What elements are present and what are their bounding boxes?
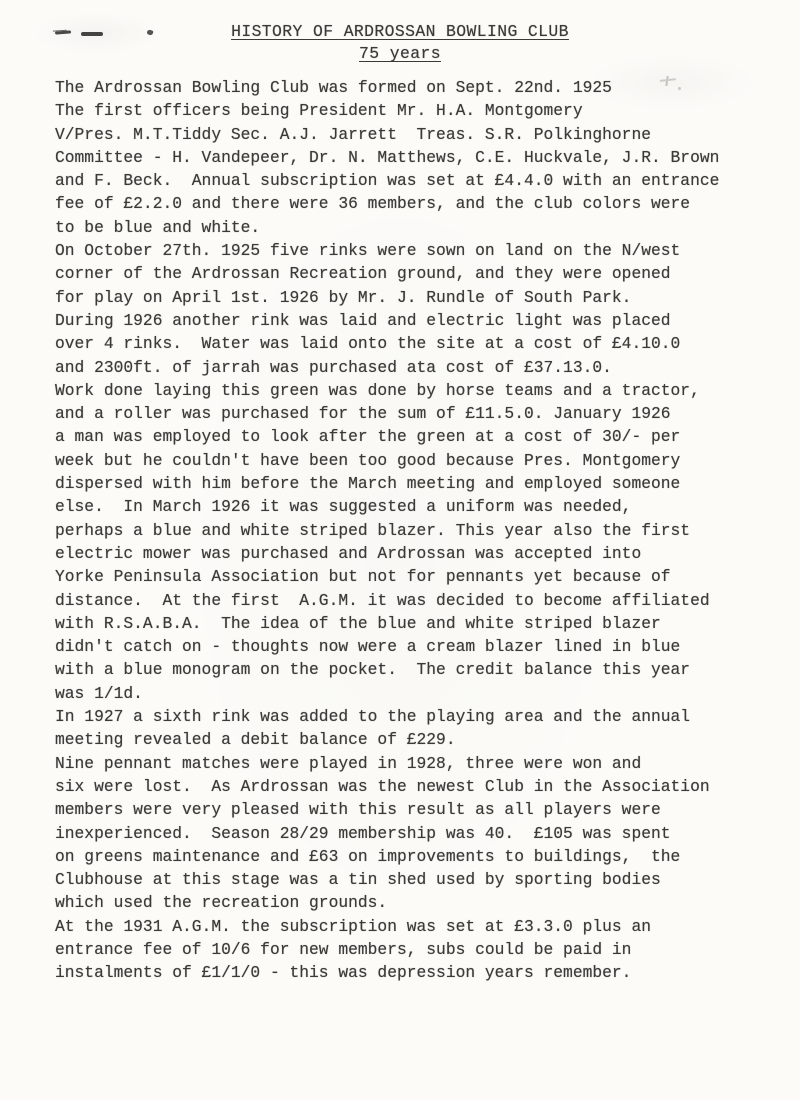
text-line: over 4 rinks. Water was laid onto the si… bbox=[55, 332, 765, 355]
text-line: Committee - H. Vandepeer, Dr. N. Matthew… bbox=[55, 146, 765, 169]
text-line: fee of £2.2.0 and there were 36 members,… bbox=[55, 192, 765, 215]
text-line: to be blue and white. bbox=[55, 216, 765, 239]
text-line: inexperienced. Season 28/29 membership w… bbox=[55, 822, 765, 845]
text-line: and F. Beck. Annual subscription was set… bbox=[55, 169, 765, 192]
document-page: HISTORY OF ARDROSSAN BOWLING CLUB 75 yea… bbox=[0, 0, 800, 1100]
text-line: was 1/1d. bbox=[55, 682, 765, 705]
document-body: The Ardrossan Bowling Club was formed on… bbox=[55, 76, 765, 985]
text-line: distance. At the first A.G.M. it was dec… bbox=[55, 589, 765, 612]
text-line: The first officers being President Mr. H… bbox=[55, 99, 765, 122]
text-line: At the 1931 A.G.M. the subscription was … bbox=[55, 915, 765, 938]
text-line: and a roller was purchased for the sum o… bbox=[55, 402, 765, 425]
text-line: instalments of £1/1/0 - this was depress… bbox=[55, 961, 765, 984]
text-line: six were lost. As Ardrossan was the newe… bbox=[55, 775, 765, 798]
text-line: meeting revealed a debit balance of £229… bbox=[55, 728, 765, 751]
text-line: On October 27th. 1925 five rinks were so… bbox=[55, 239, 765, 262]
text-line: members were very pleased with this resu… bbox=[55, 798, 765, 821]
text-line: didn't catch on - thoughts now were a cr… bbox=[55, 635, 765, 658]
text-line: electric mower was purchased and Ardross… bbox=[55, 542, 765, 565]
text-line: The Ardrossan Bowling Club was formed on… bbox=[55, 76, 765, 99]
text-line: entrance fee of 10/6 for new members, su… bbox=[55, 938, 765, 961]
page-subtitle: 75 years bbox=[359, 44, 441, 63]
text-line: During 1926 another rink was laid and el… bbox=[55, 309, 765, 332]
text-line: dispersed with him before the March meet… bbox=[55, 472, 765, 495]
text-line: perhaps a blue and white striped blazer.… bbox=[55, 519, 765, 542]
text-line: a man was employed to look after the gre… bbox=[55, 425, 765, 448]
text-line: Clubhouse at this stage was a tin shed u… bbox=[55, 868, 765, 891]
text-line: with a blue monogram on the pocket. The … bbox=[55, 658, 765, 681]
text-line: on greens maintenance and £63 on improve… bbox=[55, 845, 765, 868]
text-line: else. In March 1926 it was suggested a u… bbox=[55, 495, 765, 518]
text-line: and 2300ft. of jarrah was purchased ata … bbox=[55, 356, 765, 379]
text-line: Work done laying this green was done by … bbox=[55, 379, 765, 402]
text-line: Nine pennant matches were played in 1928… bbox=[55, 752, 765, 775]
text-line: corner of the Ardrossan Recreation groun… bbox=[55, 262, 765, 285]
text-line: In 1927 a sixth rink was added to the pl… bbox=[55, 705, 765, 728]
text-line: for play on April 1st. 1926 by Mr. J. Ru… bbox=[55, 286, 765, 309]
text-line: with R.S.A.B.A. The idea of the blue and… bbox=[55, 612, 765, 635]
document-header: HISTORY OF ARDROSSAN BOWLING CLUB 75 yea… bbox=[0, 22, 800, 63]
page-title: HISTORY OF ARDROSSAN BOWLING CLUB bbox=[231, 22, 569, 41]
text-line: V/Pres. M.T.Tiddy Sec. A.J. Jarrett Trea… bbox=[55, 123, 765, 146]
text-line: which used the recreation grounds. bbox=[55, 891, 765, 914]
text-line: week but he couldn't have been too good … bbox=[55, 449, 765, 472]
text-line: Yorke Peninsula Association but not for … bbox=[55, 565, 765, 588]
